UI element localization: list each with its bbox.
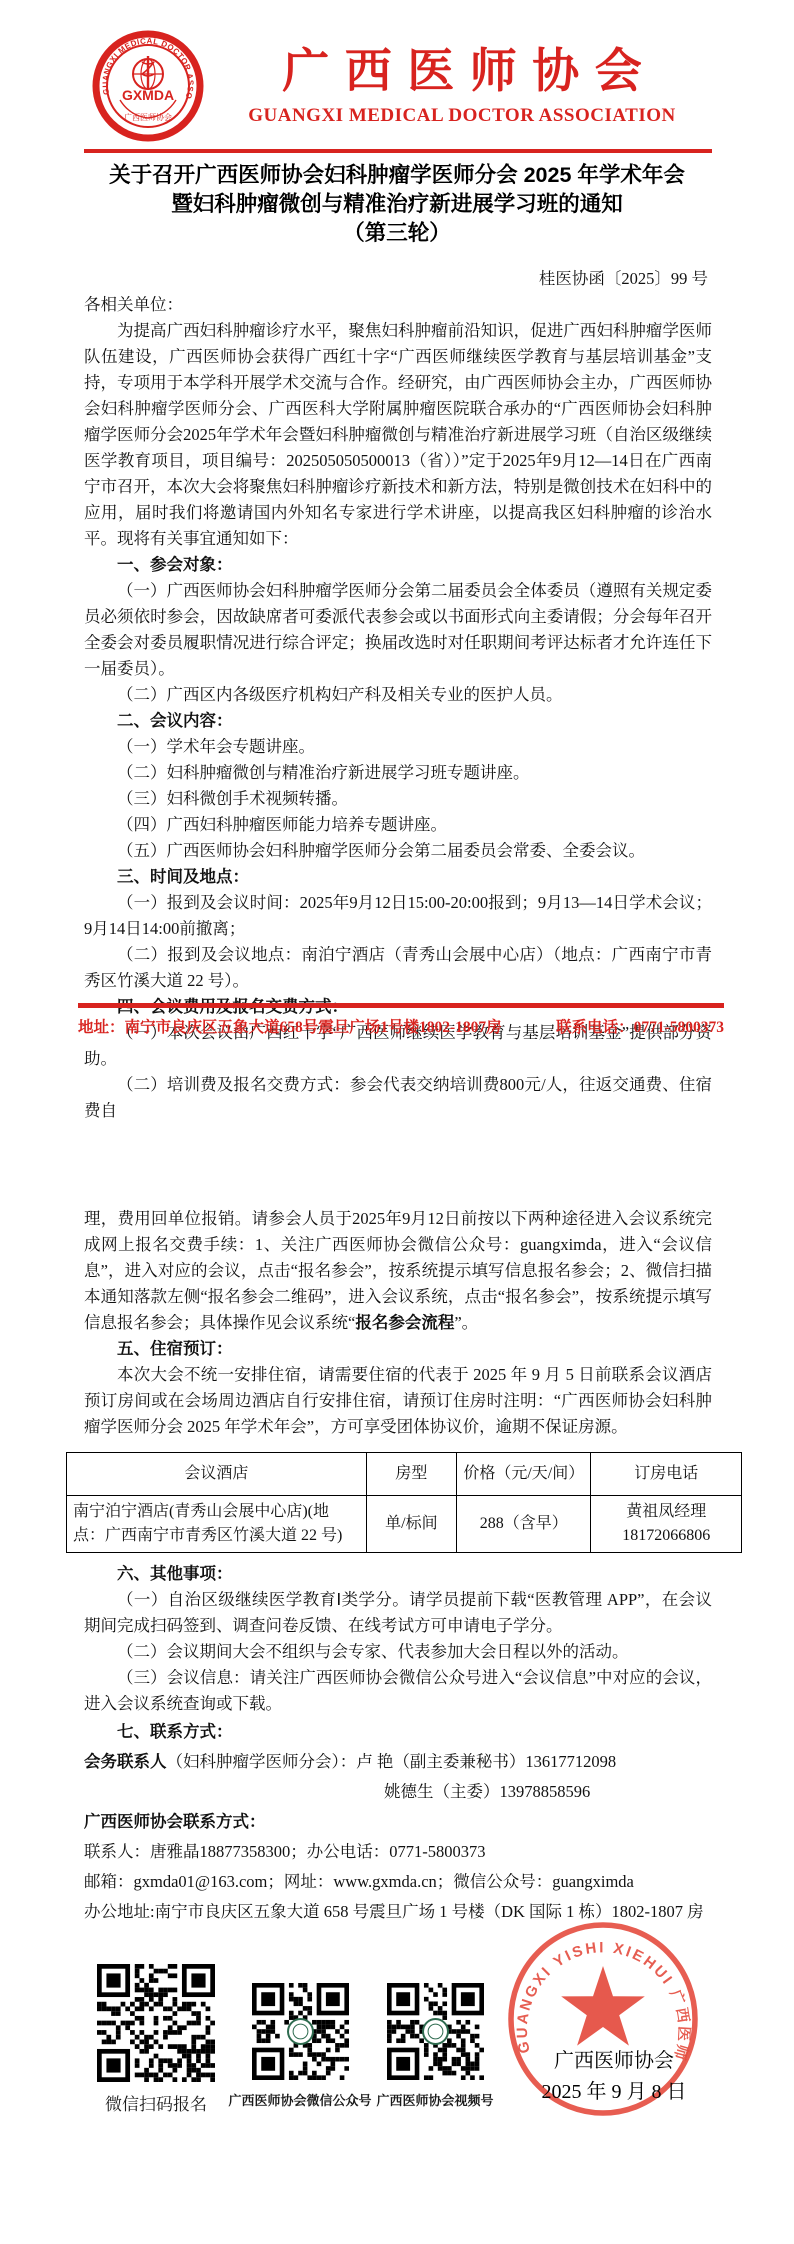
title-line-3: （第三轮） (57, 219, 737, 248)
section-6-item: （三）会议信息：请关注广西医师协会微信公众号进入“会议信息”中对应的会议，进入会… (84, 1665, 712, 1717)
section-2-item: （三）妇科微创手术视频转播。 (84, 786, 712, 812)
section-2-item: （四）广西妇科肿瘤医师能力培养专题讲座。 (84, 812, 712, 838)
qr-video-channel: 广西医师协会视频号 (350, 1983, 520, 2109)
assoc-contact-line: 邮箱：gxmda01@163.com；网址：www.gxmda.cn；微信公众号… (84, 1867, 712, 1897)
wechat-signup-qr-code (97, 1964, 215, 2082)
qr-signup-label: 微信扫码报名 (94, 2090, 218, 2115)
hotel-table-header-row: 会议酒店 房型 价格（元/天/间） 订房电话 (67, 1453, 742, 1496)
section-1-item: （一）广西医师协会妇科肿瘤学医师分会第二届委员会全体委员（遵照有关规定委员必须依… (84, 578, 712, 682)
footer-address: 地址：南宁市良庆区五象大道658号震旦广场1号楼1802-1807房 (78, 1015, 502, 1037)
col-hotel: 会议酒店 (67, 1453, 367, 1496)
salutation: 各相关单位： (84, 292, 712, 318)
intro-paragraph: 为提高广西妇科肿瘤诊疗水平，聚焦妇科肿瘤前沿知识，促进广西妇科肿瘤学医师队伍建设… (84, 318, 712, 552)
section-4-item: （二）培训费及报名交费方式：参会代表交纳培训费800元/人，往返交通费、住宿费自 (84, 1072, 712, 1124)
logo-abbr: GXMDA (122, 87, 174, 103)
hotel-name-cell: 南宁泊宁酒店(青秀山会展中心店)(地点：广西南宁市青秀区竹溪大道 22 号) (67, 1496, 367, 1553)
doc-number: 桂医协函〔2025〕99 号 (84, 266, 712, 292)
price-cell: 288（含早） (457, 1496, 591, 1553)
signature-block: 广西医师协会 2025 年 9 月 8 日 (500, 2046, 728, 2108)
room-type-cell: 单/标间 (366, 1496, 456, 1553)
signature-date: 2025 年 9 月 8 日 (500, 2077, 728, 2108)
section-1-heading: 一、参会对象： (84, 552, 712, 578)
letterhead: GUANGXI MEDICAL DOCTOR ASSOCIATION GXMDA… (84, 28, 712, 146)
section-3-item: （二）报到及会议地点：南泊宁酒店（青秀山会展中心店）（地点：广西南宁市青秀区竹溪… (84, 942, 712, 994)
logo-bottom-text: 广西医师协会 (124, 112, 172, 122)
section-2-item: （二）妇科肿瘤微创与精准治疗新进展学习班专题讲座。 (84, 760, 712, 786)
col-room-type: 房型 (366, 1453, 456, 1496)
assoc-contact-heading: 广西医师协会联系方式： (84, 1807, 712, 1837)
title-line-1: 关于召开广西医师协会妇科肿瘤学医师分会 2025 年学术年会 (57, 161, 737, 190)
continuation-paragraph: 理，费用回单位报销。请参会人员于2025年9月12日前按以下两种途径进入会议系统… (84, 1206, 712, 1336)
section-3-heading: 三、时间及地点： (84, 864, 712, 890)
hotel-table-row: 南宁泊宁酒店(青秀山会展中心店)(地点：广西南宁市青秀区竹溪大道 22 号) 单… (67, 1496, 742, 1553)
org-name-en: GUANGXI MEDICAL DOCTOR ASSOCIATION (212, 105, 712, 127)
document-title: 关于召开广西医师协会妇科肿瘤学医师分会 2025 年学术年会 暨妇科肿瘤微创与精… (57, 161, 737, 248)
org-name-cn: 广西医师协会 (212, 34, 712, 101)
contact-lead-line2: 姚德生（主委）13978858596 (84, 1777, 712, 1807)
section-1-item: （二）广西区内各级医疗机构妇产科及相关专业的医护人员。 (84, 682, 712, 708)
section-5-paragraph: 本次大会不统一安排住宿，请需要住宿的代表于 2025 年 9 月 5 日前联系会… (84, 1362, 712, 1440)
col-booking-phone: 订房电话 (591, 1453, 742, 1496)
section-2-item: （一）学术年会专题讲座。 (84, 734, 712, 760)
section-6-heading: 六、其他事项： (84, 1561, 712, 1587)
org-titles: 广西医师协会 GUANGXI MEDICAL DOCTOR ASSOCIATIO… (212, 34, 712, 127)
wechat-video-channel-qr-code (387, 1983, 484, 2080)
qr-video-channel-label: 广西医师协会视频号 (350, 2090, 520, 2109)
section-3-item: （一）报到及会议时间：2025年9月12日15:00-20:00报到；9月13—… (84, 890, 712, 942)
header-rule (84, 149, 712, 153)
section-2-heading: 二、会议内容： (84, 708, 712, 734)
page1-body: 桂医协函〔2025〕99 号 各相关单位： 为提高广西妇科肿瘤诊疗水平，聚焦妇科… (84, 266, 712, 1124)
page2-body: 理，费用回单位报销。请参会人员于2025年9月12日前按以下两种途径进入会议系统… (84, 1206, 712, 1927)
section-6-item: （二）会议期间大会不组织与会专家、代表参加大会日程以外的活动。 (84, 1639, 712, 1665)
col-price: 价格（元/天/间） (457, 1453, 591, 1496)
title-line-2: 暨妇科肿瘤微创与精准治疗新进展学习班的通知 (57, 190, 737, 219)
document-page: GUANGXI MEDICAL DOCTOR ASSOCIATION GXMDA… (0, 0, 794, 2244)
section-6-item: （一）自治区级继续医学教育Ⅰ类学分。请学员提前下载“医教管理 APP”，在会议期… (84, 1587, 712, 1639)
signature-org: 广西医师协会 (500, 2046, 728, 2077)
bold-phrase: 报名参会流程 (355, 1314, 454, 1332)
contact-lead-line: 会务联系人（妇科肿瘤学医师分会）：卢 艳（副主委兼秘书）13617712098 (84, 1747, 712, 1777)
booking-phone-cell: 黄祖凤经理 18172066806 (591, 1496, 742, 1553)
assoc-contact-line: 联系人：唐雅晶18877358300；办公电话：0771-5800373 (84, 1837, 712, 1867)
section-2-item: （五）广西医师协会妇科肿瘤学医师分会第二届委员会常委、全委会议。 (84, 838, 712, 864)
wechat-official-account-qr-code (252, 1983, 349, 2080)
association-logo: GUANGXI MEDICAL DOCTOR ASSOCIATION GXMDA… (92, 30, 204, 142)
page1-footer: 地址：南宁市良庆区五象大道658号震旦广场1号楼1802-1807房 联系电话：… (78, 1003, 724, 1037)
footer-phone: 联系电话：0771-5800373 (556, 1015, 724, 1037)
section-5-heading: 五、住宿预订： (84, 1336, 712, 1362)
seal-star (561, 1966, 645, 2046)
section-7-heading: 七、联系方式： (84, 1717, 712, 1747)
hotel-table: 会议酒店 房型 价格（元/天/间） 订房电话 南宁泊宁酒店(青秀山会展中心店)(… (66, 1452, 742, 1553)
qr-signup: 微信扫码报名 (94, 1964, 218, 2115)
